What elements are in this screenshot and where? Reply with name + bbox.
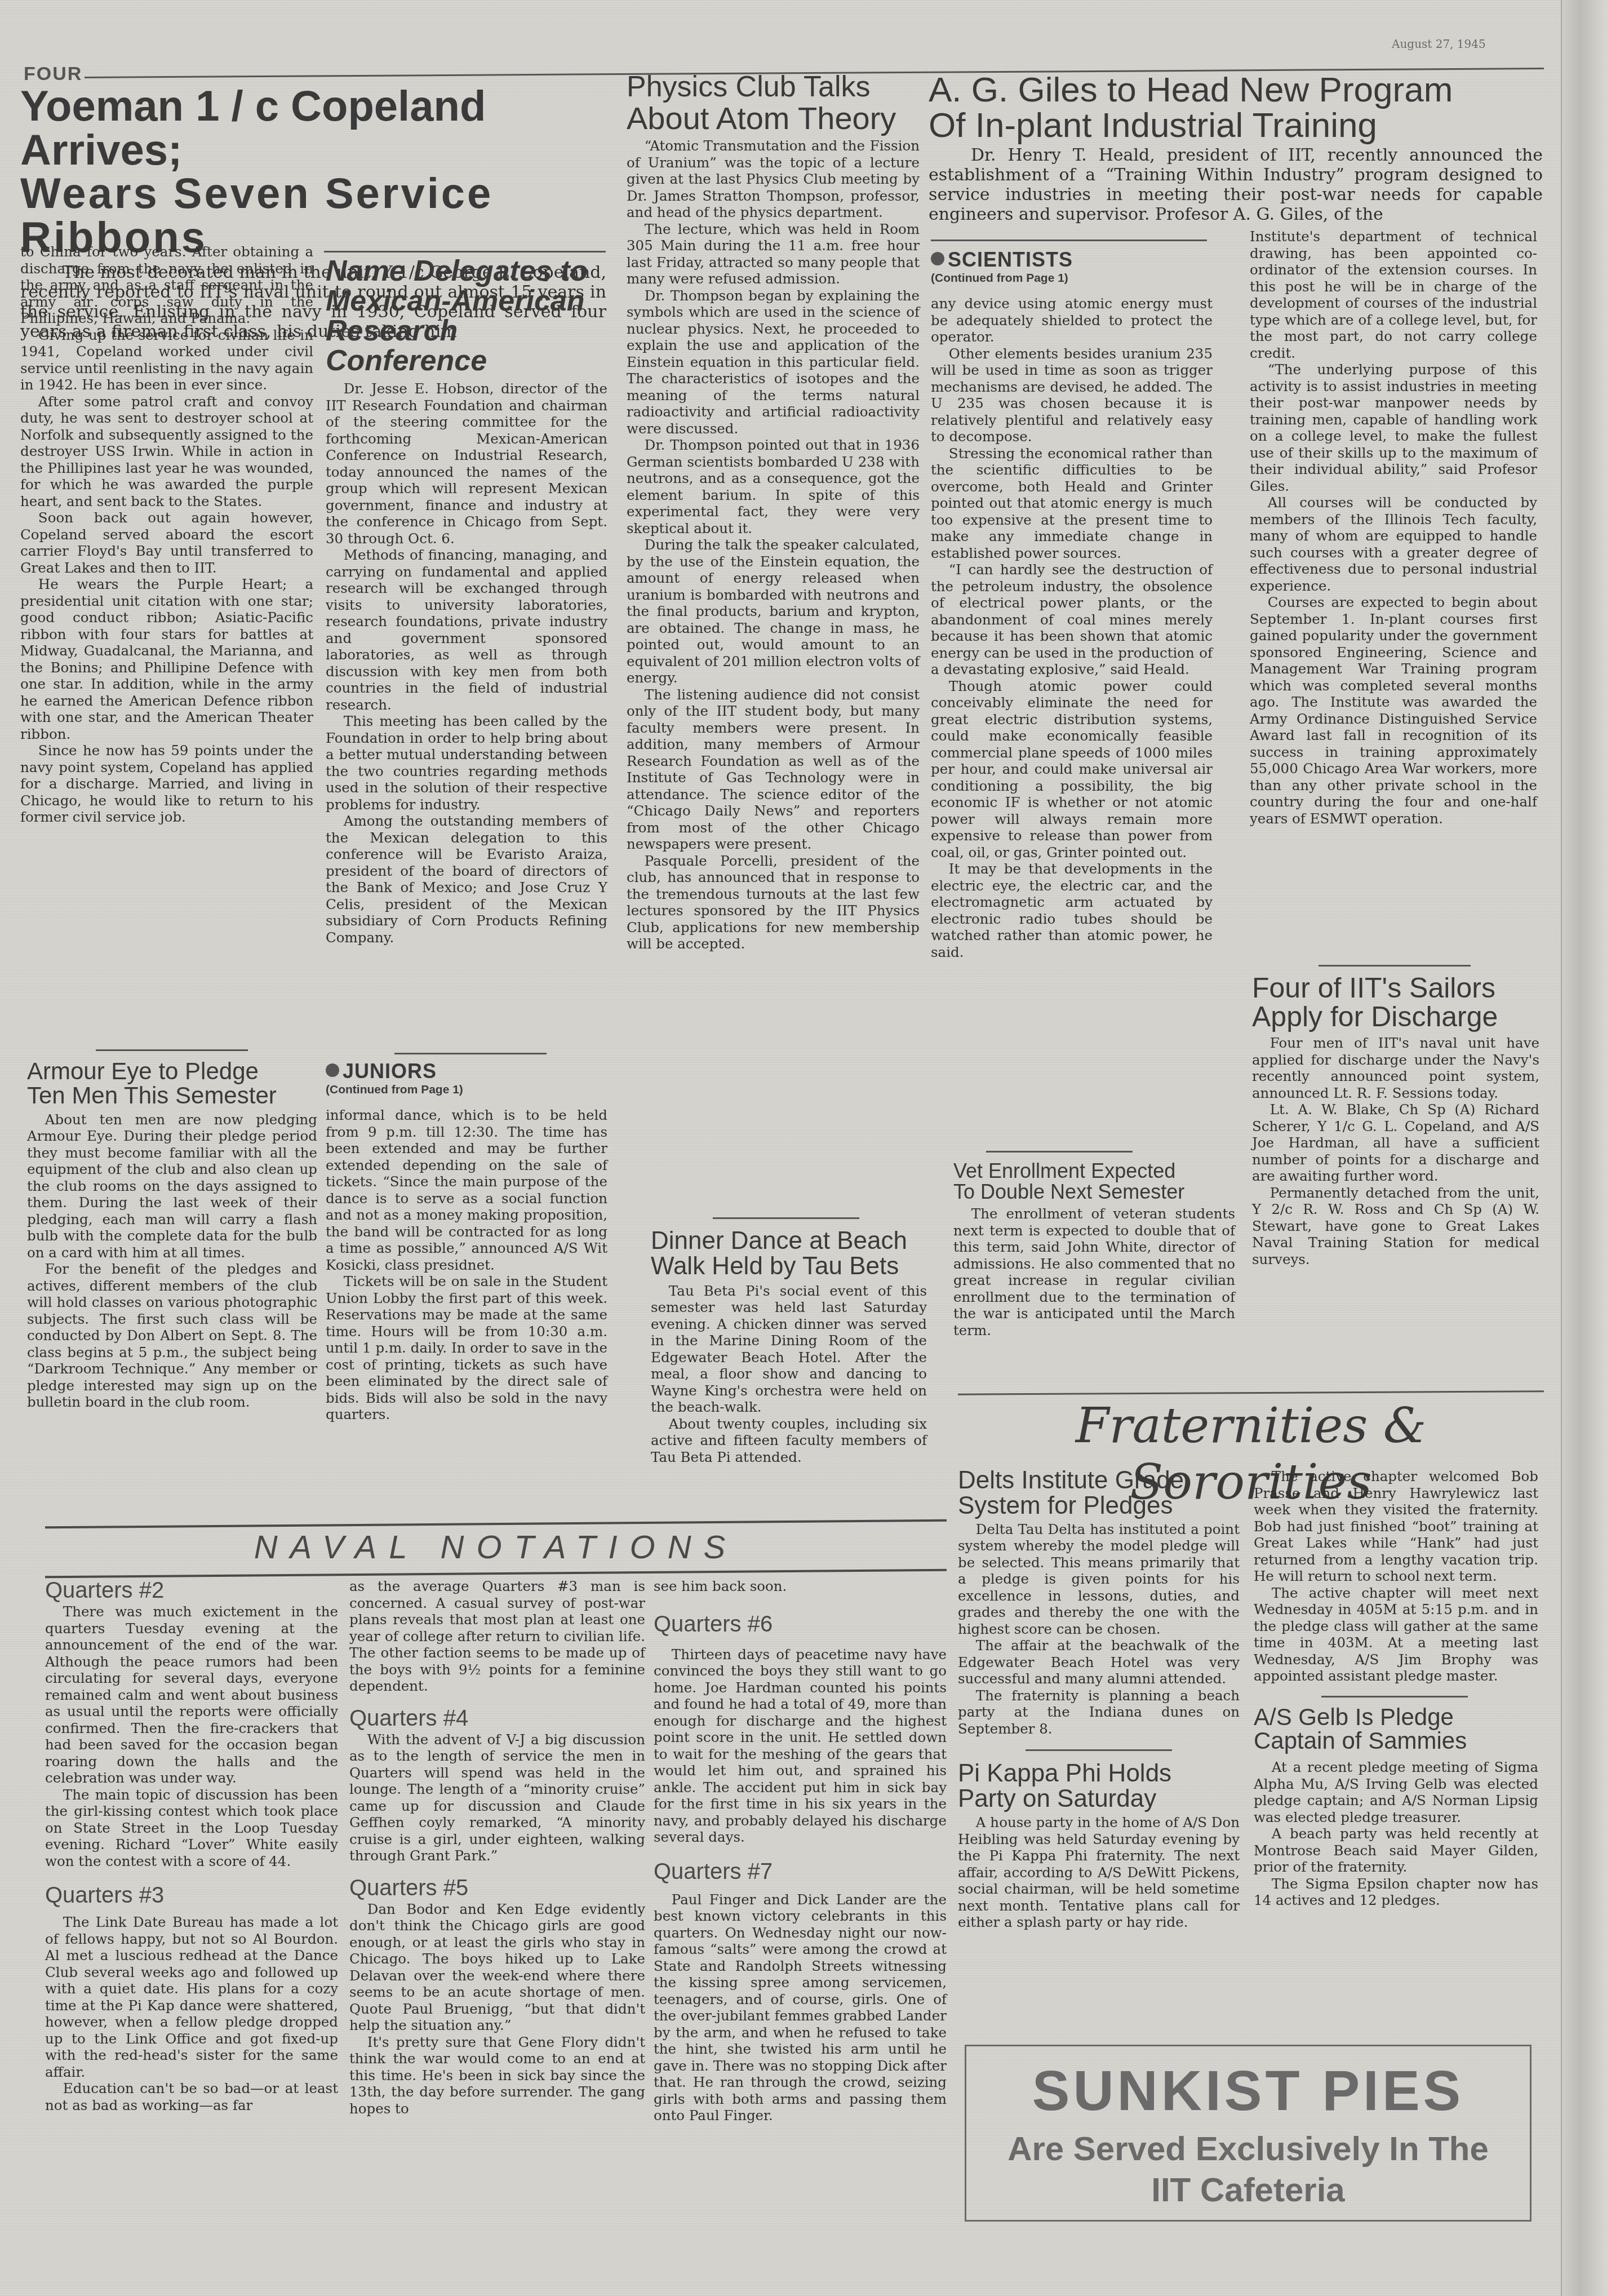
paragraph: The Sigma Epsilon chapter now has 14 act…	[1254, 1876, 1538, 1909]
paragraph: Dan Bodor and Ken Edge evidently don't t…	[349, 1901, 645, 2034]
newspaper-page: FOUR August 27, 1945 Yoeman 1 / c Copela…	[0, 0, 1607, 2296]
paragraph: The fraternity is planning a beach party…	[958, 1687, 1240, 1737]
headline-pikappa-1: Pi Kappa Phi Holds	[958, 1761, 1240, 1787]
banner-rule-top	[45, 1519, 947, 1529]
paragraph: After some patrol craft and convoy duty,…	[20, 393, 313, 510]
headline-sailors-1: Four of IIT's Sailors	[1252, 974, 1539, 1003]
paragraph: It may be that developments in the elect…	[931, 861, 1213, 960]
paragraph: About twenty couples, including six acti…	[651, 1416, 927, 1466]
paragraph: A house party in the home of A/S Don Hei…	[958, 1814, 1240, 1931]
paragraph: Methods of financing, managing, and carr…	[326, 547, 607, 713]
divider	[931, 240, 1207, 241]
column-copeland: to China for two years. After obtaining …	[20, 243, 313, 826]
headline-delegates-1: Name Delegates to	[326, 256, 607, 286]
naval-column-2: as the average Quarters #3 man is concer…	[349, 1578, 645, 2117]
divider	[986, 1151, 1133, 1153]
paragraph: Institute's department of technical draw…	[1250, 228, 1537, 361]
divider	[713, 1217, 859, 1219]
paragraph: Delta Tau Delta has instituted a point s…	[958, 1521, 1240, 1638]
headline-gelb-1: A/S Gelb Is Pledge	[1254, 1705, 1538, 1730]
paragraph: All courses will be conducted by members…	[1250, 494, 1537, 594]
paragraph: Education can't be so bad—or at least no…	[45, 2080, 338, 2113]
paragraph: The listening audience did not consist o…	[627, 686, 920, 853]
paragraph: A beach party was held recently at Montr…	[1254, 1825, 1538, 1876]
paragraph: Since he now has 59 points under the nav…	[20, 742, 313, 826]
paragraph: Pasquale Porcelli, president of the club…	[627, 853, 920, 952]
ad-subline: Are Served Exclusively In The	[966, 2129, 1530, 2168]
bullet-icon	[931, 252, 944, 265]
paragraph: Lt. A. W. Blake, Ch Sp (A) Richard Scher…	[1252, 1101, 1539, 1185]
article-vet-enrollment: Vet Enrollment Expected To Double Next S…	[953, 1161, 1235, 1338]
kicker-juniors: JUNIORS	[326, 1060, 607, 1083]
banner-rule-bottom	[45, 1569, 947, 1579]
heading-quarters-6: Quarters #6	[654, 1612, 947, 1637]
paragraph: Stressing the economical rather than the…	[931, 445, 1213, 562]
paragraph: With the advent of V-J a big discussion …	[349, 1731, 645, 1864]
paragraph: as the average Quarters #3 man is concer…	[349, 1578, 645, 1695]
article-juniors: JUNIORS (Continued from Page 1) informal…	[326, 1060, 607, 1423]
bullet-icon	[326, 1063, 339, 1077]
headline-dinner-1: Dinner Dance at Beach	[651, 1229, 927, 1254]
paragraph: Tickets will be on sale in the Student U…	[326, 1273, 607, 1423]
paragraph: Dr. Thompson pointed out that in 1936 Ge…	[627, 437, 920, 537]
headline-sailors-2: Apply for Discharge	[1252, 1003, 1539, 1031]
headline-gelb-2: Captain of Sammies	[1254, 1729, 1538, 1753]
headline-physics-1: Physics Club Talks	[627, 72, 920, 102]
paragraph: Dr. Jesse E. Hobson, director of the IIT…	[326, 380, 607, 547]
divider	[96, 1049, 248, 1051]
paragraph: The Link Date Bureau has made a lot of f…	[45, 1914, 338, 2080]
article-sailors: Four of IIT's Sailors Apply for Discharg…	[1252, 974, 1539, 1267]
article-scientists: SCIENTISTS (Continued from Page 1) any d…	[931, 248, 1213, 960]
divider	[1321, 1696, 1468, 1697]
headline-vet-1: Vet Enrollment Expected	[953, 1161, 1235, 1182]
headline-pikappa-2: Party on Saturday	[958, 1787, 1240, 1812]
headline-giles-1: A. G. Giles to Head New Program	[929, 72, 1543, 108]
headline-dinner-2: Walk Held by Tau Bets	[651, 1254, 927, 1279]
ad-location: IIT Cafeteria	[966, 2170, 1530, 2209]
paragraph: Four men of IIT's naval unit have applie…	[1252, 1035, 1539, 1101]
paragraph: Thirteen days of peacetime navy have con…	[654, 1646, 947, 1846]
heading-quarters-7: Quarters #7	[654, 1859, 947, 1885]
paragraph: It's pretty sure that Gene Flory didn't …	[349, 2034, 645, 2117]
lead-giles: Dr. Henry T. Heald, president of IIT, re…	[929, 145, 1543, 224]
paragraph: Permanently detached from the unit, Y 2/…	[1252, 1185, 1539, 1268]
headline-delegates-2: Mexican-American	[326, 286, 607, 316]
headline-armour-1: Armour Eye to Pledge	[27, 1060, 317, 1084]
paragraph: informal dance, which is to be held from…	[326, 1107, 607, 1273]
naval-column-3: see him back soon. Quarters #6 Thirteen …	[654, 1578, 947, 2124]
paragraph: Soon back out again however, Copeland se…	[20, 509, 313, 576]
article-dinner-dance: Dinner Dance at Beach Walk Held by Tau B…	[651, 1229, 927, 1465]
paragraph: Dr. Thompson began by explaining the sym…	[627, 287, 920, 437]
paragraph: He wears the Purple Heart; a presidentia…	[20, 576, 313, 742]
fraternity-column-2: The active chapter welcomed Bob Prasse a…	[1254, 1468, 1538, 1909]
ad-headline: SUNKIST PIES	[966, 2059, 1530, 2124]
divider	[1319, 965, 1471, 967]
paragraph: to China for two years. After obtaining …	[20, 243, 313, 327]
kicker-label: SCIENTISTS	[948, 248, 1073, 271]
page-date: August 27, 1945	[1392, 37, 1486, 51]
paragraph: At a recent pledge meeting of Sigma Alph…	[1254, 1759, 1538, 1825]
paragraph: The enrollment of veteran students next …	[953, 1205, 1235, 1338]
headline-vet-2: To Double Next Semester	[953, 1182, 1235, 1203]
section-banner-naval-notations: NAVAL NOTATIONS	[45, 1528, 947, 1566]
paragraph: For the benefit of the pledges and activ…	[27, 1261, 317, 1411]
heading-quarters-3: Quarters #3	[45, 1883, 338, 1908]
article-armour-eye: Armour Eye to Pledge Ten Men This Semest…	[27, 1060, 317, 1411]
divider	[324, 251, 606, 252]
paragraph: There was much exictement in the quarter…	[45, 1603, 338, 1787]
kicker-scientists: SCIENTISTS	[931, 248, 1213, 272]
headline-armour-2: Ten Men This Semester	[27, 1084, 317, 1108]
heading-quarters-4: Quarters #4	[349, 1706, 645, 1731]
paragraph: The active chapter will meet next Wednes…	[1254, 1585, 1538, 1685]
column-giles: Institute's department of technical draw…	[1250, 228, 1537, 827]
headline-delts-2: System for Pledges	[958, 1493, 1240, 1519]
continued-note: (Continued from Page 1)	[931, 272, 1213, 285]
paragraph: Courses are expected to begin about Sept…	[1250, 594, 1537, 827]
paragraph: any device using atomic energy must be a…	[931, 295, 1213, 345]
paragraph: This meeting has been called by the Foun…	[326, 713, 607, 813]
paragraph: The main topic of discussion has been th…	[45, 1787, 338, 1870]
headline-copeland-1: Yoeman 1 / c Copeland Arrives;	[20, 85, 606, 172]
headline-giles-2: Of In-plant Industrial Training	[929, 108, 1543, 143]
paragraph: Other elements besides uranium 235 will …	[931, 345, 1213, 445]
kicker-label: JUNIORS	[343, 1060, 437, 1083]
heading-quarters-2: Quarters #2	[45, 1578, 338, 1603]
divider	[394, 1053, 547, 1054]
paragraph: The lecture, which was held in Room 305 …	[627, 221, 920, 287]
article-delegates: Name Delegates to Mexican-American Resea…	[326, 256, 607, 946]
article-physics-club: Physics Club Talks About Atom Theory “At…	[627, 72, 920, 952]
naval-column-1: Quarters #2 There was much exictement in…	[45, 1578, 338, 2113]
paragraph: Though atomic power could conceivably el…	[931, 678, 1213, 861]
paragraph: During the talk the speaker calculated, …	[627, 537, 920, 686]
headline-delts-1: Delts Institute Grade	[958, 1468, 1240, 1493]
headline-physics-2: About Atom Theory	[627, 102, 920, 134]
paragraph: “The underlying purpose of this activity…	[1250, 361, 1537, 494]
fraternity-column-1: Delts Institute Grade System for Pledges…	[958, 1468, 1240, 1931]
continued-note: (Continued from Page 1)	[326, 1083, 607, 1097]
divider	[958, 1390, 1544, 1395]
paragraph: The active chapter welcomed Bob Prasse a…	[1254, 1468, 1538, 1585]
headline-delegates-3: Research Conference	[326, 316, 607, 376]
heading-quarters-5: Quarters #5	[349, 1876, 645, 1901]
paragraph: Tau Beta Pi's social event of this semes…	[651, 1283, 927, 1416]
paragraph: Paul Finger and Dick Lander are the best…	[654, 1891, 947, 2124]
paragraph: The affair at the beachwalk of the Edgew…	[958, 1637, 1240, 1687]
paragraph: see him back soon.	[654, 1578, 947, 1595]
page-spine-edge	[1561, 0, 1607, 2296]
paragraph: “I can hardly see the destruction of the…	[931, 561, 1213, 678]
paragraph: “Atomic Transmutation and the Fission of…	[627, 138, 920, 221]
paragraph: Among the outstanding members of the Mex…	[326, 813, 607, 946]
divider	[1026, 1749, 1172, 1751]
advertisement-sunkist-pies: SUNKIST PIES Are Served Exclusively In T…	[965, 2045, 1531, 2222]
paragraph: Giving up the service for civilian life …	[20, 327, 313, 393]
paragraph: About ten men are now pledging Armour Ey…	[27, 1111, 317, 1261]
article-giles: A. G. Giles to Head New Program Of In-pl…	[929, 72, 1543, 224]
